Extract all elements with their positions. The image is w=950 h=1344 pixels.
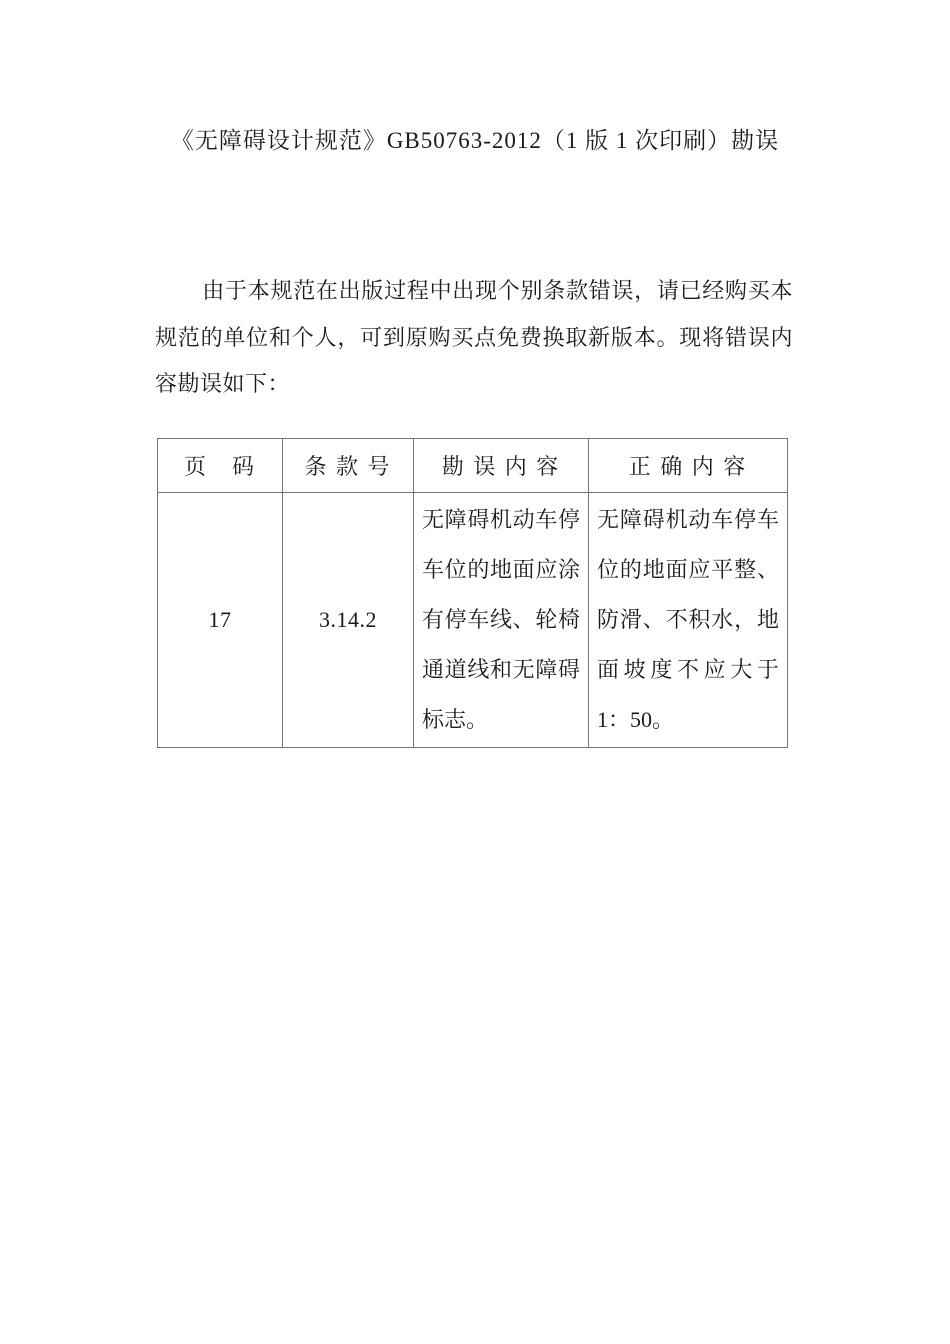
errata-table: 页 码 条 款 号 勘 误 内 容 正 确 内 容 17 3.14.2 无障碍机… [157, 438, 788, 748]
table-row: 17 3.14.2 无障碍机动车停车位的地面应涂有停车线、轮椅通道线和无障碍标志… [158, 492, 788, 747]
cell-correct-content: 无障碍机动车停车位的地面应平整、防滑、不积水，地面坡度不应大于 1：50。 [589, 492, 788, 747]
cell-error-content: 无障碍机动车停车位的地面应涂有停车线、轮椅通道线和无障碍标志。 [414, 492, 589, 747]
column-header-clause-number: 条 款 号 [283, 438, 414, 492]
column-header-page-number: 页 码 [158, 438, 283, 492]
table-header-row: 页 码 条 款 号 勘 误 内 容 正 确 内 容 [158, 438, 788, 492]
document-page: 《无障碍设计规范》GB50763-2012（1 版 1 次印刷）勘误 由于本规范… [0, 0, 950, 1344]
intro-paragraph: 由于本规范在出版过程中出现个别条款错误，请已经购买本规范的单位和个人，可到原购买… [155, 268, 793, 408]
cell-clause-number: 3.14.2 [283, 492, 414, 747]
column-header-error-content: 勘 误 内 容 [414, 438, 589, 492]
document-title: 《无障碍设计规范》GB50763-2012（1 版 1 次印刷）勘误 [80, 126, 870, 156]
column-header-correct-content: 正 确 内 容 [589, 438, 788, 492]
cell-page-number: 17 [158, 492, 283, 747]
